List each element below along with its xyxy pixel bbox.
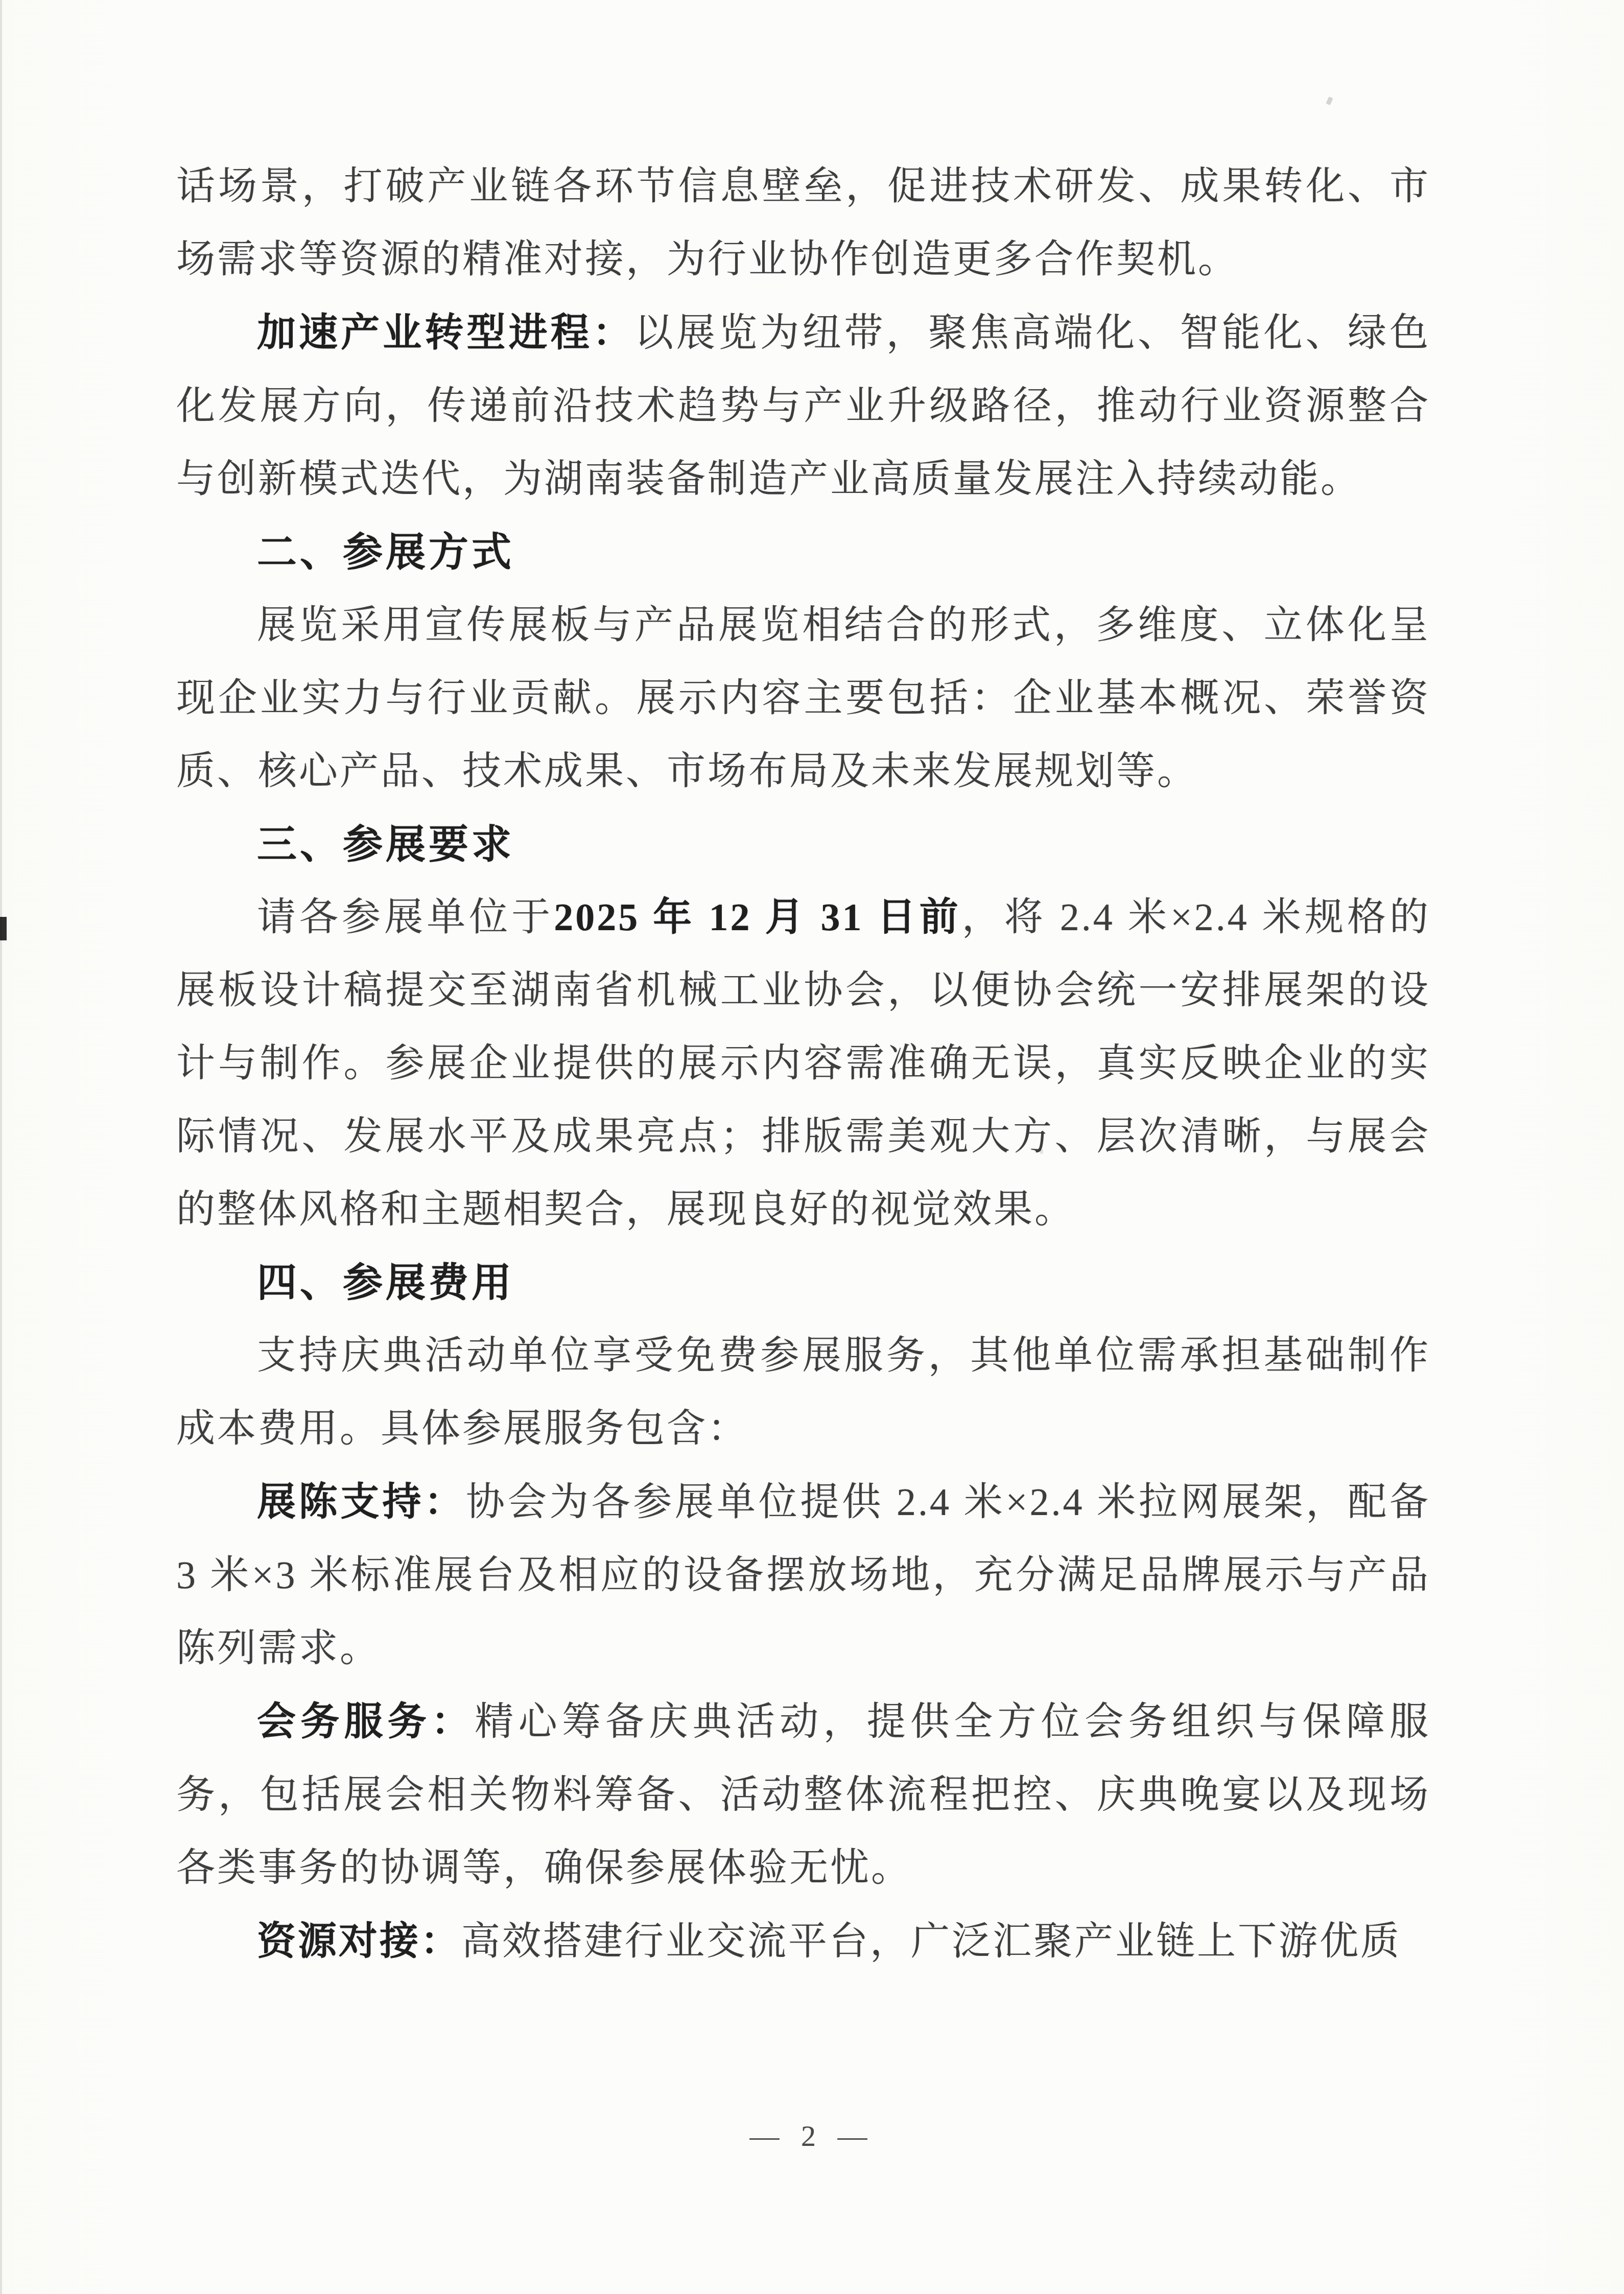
paragraph-conference-service: 会务服务：精心筹备庆典活动，提供全方位会务组织与保障服务，包括展会相关物料筹备、…	[176, 1685, 1430, 1905]
scan-artifact	[0, 917, 7, 940]
paragraph-display-support: 展陈支持：协会为各参展单位提供 2.4 米×2.4 米拉网展架，配备 3 米×3…	[176, 1465, 1430, 1685]
section-heading-3-exhibit-requirements: 三、参展要求	[176, 808, 1430, 881]
paragraph-lead-bold: 会务服务：	[257, 1700, 475, 1743]
deadline-bold-text: 2025 年 12 月 31 日前	[554, 896, 961, 939]
paragraph-lead-bold: 展陈支持：	[257, 1480, 466, 1524]
paragraph-accelerate-transformation: 加速产业转型进程：以展览为纽带，聚焦高端化、智能化、绿色化发展方向，传递前沿技术…	[176, 296, 1430, 516]
paragraph-lead-bold: 加速产业转型进程：	[257, 311, 634, 354]
document-page: 话场景，打破产业链各环节信息壁垒，促进技术研发、成果转化、市场需求等资源的精准对…	[0, 0, 1624, 2294]
scan-artifact	[1326, 97, 1333, 105]
section-heading-4-exhibit-fees: 四、参展费用	[176, 1246, 1430, 1319]
scanned-document-screenshot: { "document": { "body": { "p_continuatio…	[0, 0, 1624, 2294]
paragraph-requirements: 请各参展单位于2025 年 12 月 31 日前，将 2.4 米×2.4 米规格…	[176, 881, 1430, 1246]
paragraph-resource-matching: 资源对接：高效搭建行业交流平台，广泛汇聚产业链上下游优质	[176, 1905, 1430, 1978]
paragraph-text: 请各参展单位于	[257, 896, 554, 939]
scan-edge-shadow	[0, 0, 2, 2294]
paragraph-fees: 支持庆典活动单位享受免费参展服务，其他单位需承担基础制作成本费用。具体参展服务包…	[176, 1319, 1430, 1465]
section-heading-2-exhibit-method: 二、参展方式	[176, 516, 1430, 589]
paragraph-text: ，将 2.4 米×2.4 米规格的展板设计稿提交至湖南省机械工业协会，以便协会统…	[176, 896, 1430, 1231]
paragraph-text: 高效搭建行业交流平台，广泛汇聚产业链上下游优质	[461, 1920, 1401, 1963]
paragraph-lead-bold: 资源对接：	[257, 1920, 461, 1963]
paragraph-exhibit-format: 展览采用宣传展板与产品展览相结合的形式，多维度、立体化呈现企业实力与行业贡献。展…	[176, 589, 1430, 808]
document-body: 话场景，打破产业链各环节信息壁垒，促进技术研发、成果转化、市场需求等资源的精准对…	[176, 150, 1430, 1978]
page-number: — 2 —	[0, 2119, 1624, 2153]
paragraph-continuation: 话场景，打破产业链各环节信息壁垒，促进技术研发、成果转化、市场需求等资源的精准对…	[176, 150, 1430, 296]
